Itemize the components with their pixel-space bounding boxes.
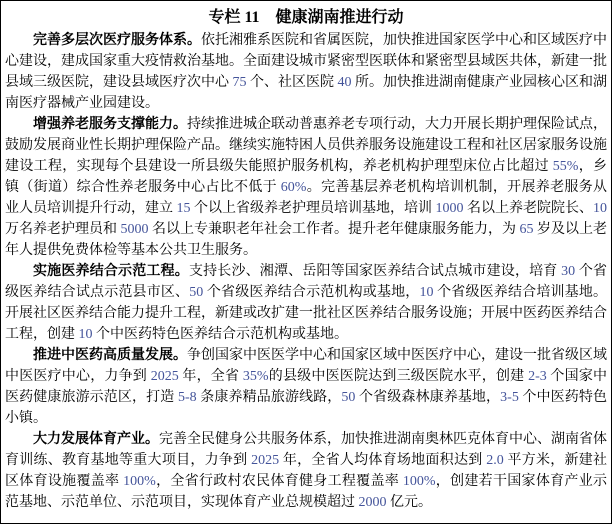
number-highlight: 100% bbox=[403, 474, 436, 489]
paragraph-tcm-development: 推进中医药高质量发展。争创国家中医医学中心和国家区域中医医疗中心，建设一批省级区… bbox=[5, 345, 607, 429]
number-highlight: 50 bbox=[189, 285, 203, 300]
column-11-panel: 专栏 11 健康湖南推进行动 完善多层次医疗服务体系。依托湘雅系医院和省属医院，… bbox=[0, 0, 612, 524]
panel-title: 专栏 11 健康湖南推进行动 bbox=[5, 5, 607, 30]
number-highlight: 100% bbox=[123, 474, 156, 489]
number-highlight: 1000 bbox=[436, 201, 464, 216]
paragraph-lead: 实施医养结合示范工程。 bbox=[33, 264, 189, 279]
number-highlight: 10 bbox=[419, 285, 433, 300]
number-highlight: 65 bbox=[520, 222, 534, 237]
number-highlight: 2.0 bbox=[486, 453, 504, 468]
number-highlight: 5000 bbox=[121, 222, 149, 237]
number-highlight: 2025 bbox=[151, 369, 179, 384]
paragraph-lead: 增强养老服务支撑能力。 bbox=[33, 117, 187, 132]
number-highlight: 30 bbox=[561, 264, 575, 279]
number-highlight: 35% bbox=[243, 369, 269, 384]
number-highlight: 2-3 bbox=[528, 369, 547, 384]
number-highlight: 5-8 bbox=[178, 390, 197, 405]
paragraph-lead: 推进中医药高质量发展。 bbox=[33, 348, 187, 363]
number-highlight: 75 bbox=[233, 75, 247, 90]
number-highlight: 50 bbox=[341, 390, 355, 405]
paragraph-lead: 大力发展体育产业。 bbox=[33, 432, 159, 447]
number-highlight: 60% bbox=[281, 180, 307, 195]
number-highlight: 40 bbox=[338, 75, 352, 90]
paragraph-sports-industry: 大力发展体育产业。完善全民健身公共服务体系，加快推进湖南奥林匹克体育中心、湖南省… bbox=[5, 429, 607, 513]
number-highlight: 15 bbox=[177, 201, 191, 216]
number-highlight: 2025 bbox=[251, 453, 279, 468]
number-highlight: 55% bbox=[553, 159, 579, 174]
number-highlight: 3-5 bbox=[500, 390, 519, 405]
number-highlight: 10 bbox=[79, 327, 93, 342]
paragraph-elderly-care-support: 增强养老服务支撑能力。持续推进城企联动普惠养老专项行动，大力开展长期护理保险试点… bbox=[5, 114, 607, 261]
number-highlight: 2000 bbox=[359, 495, 387, 510]
number-highlight: 10 bbox=[593, 201, 607, 216]
paragraph-lead: 完善多层次医疗服务体系。 bbox=[33, 33, 201, 48]
paragraph-text: 持续推进城企联动普惠养老专项行动，大力开展长期护理保险试点，鼓励发展商业性长期护… bbox=[5, 117, 607, 258]
paragraph-medical-elderly-integration: 实施医养结合示范工程。支持长沙、湘潭、岳阳等国家医养结合试点城市建设，培育 30… bbox=[5, 261, 607, 345]
paragraph-medical-service-system: 完善多层次医疗服务体系。依托湘雅系医院和省属医院，加快推进国家医学中心和区域医疗… bbox=[5, 30, 607, 114]
